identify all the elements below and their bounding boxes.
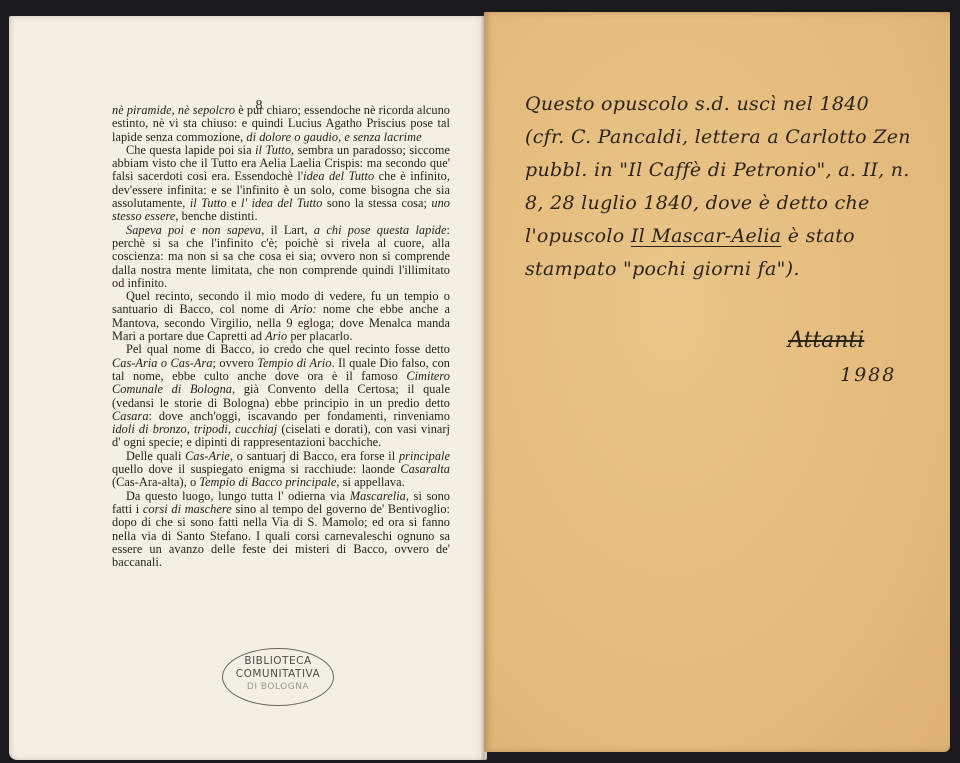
italic-text: l' idea del Tutto [241, 196, 322, 210]
paragraph: Pel qual nome di Bacco, io credo che que… [112, 343, 450, 449]
text: per placarlo. [287, 329, 352, 343]
text: , [187, 422, 194, 436]
italic-text: tripodi [194, 422, 228, 436]
text: e [227, 196, 241, 210]
note-line-2: (cfr. C. Pancaldi, lettera a Carlotto Ze… [525, 121, 935, 154]
signature: Attanti [788, 328, 864, 353]
stamp-line-2: COMUNITATIVA [223, 668, 333, 681]
italic-text: di dolore o gaudio [246, 130, 338, 144]
text: , o santuarj di Bacco, era forse il [230, 449, 399, 463]
note-line-5: l'opuscolo Il Mascar-Aelia è stato [525, 220, 935, 253]
paragraph: nè piramide, nè sepolcro è pur chiaro; e… [112, 104, 450, 144]
text: , benche distinti. [175, 209, 257, 223]
text: Pel qual nome di Bacco, io credo che que… [126, 342, 450, 356]
note-line-5-start: l'opuscolo [525, 225, 631, 247]
text: ; ovvero [213, 356, 258, 370]
underlined-title: Il Mascar-Aelia [631, 225, 782, 247]
paragraph: Quel recinto, secondo il mio modo di ved… [112, 290, 450, 343]
italic-text: Mascarelia [350, 489, 406, 503]
italic-text: e senza lacrime [344, 130, 421, 144]
italic-text: Casara [112, 409, 149, 423]
italic-text: il Tutto [190, 196, 227, 210]
italic-text: nè piramide [112, 103, 172, 117]
text: , il Lart, [261, 223, 314, 237]
text: Che questa lapide poi sia [126, 143, 255, 157]
text: Da questo luogo, lungo tutta l' odierna … [126, 489, 350, 503]
italic-text: Cas-Aria o Cas-Ara [112, 356, 213, 370]
italic-text: cucchiaj [235, 422, 277, 436]
printed-text-body: nè piramide, nè sepolcro è pur chiaro; e… [112, 104, 450, 569]
handwritten-note: Questo opuscolo s.d. uscì nel 1840 (cfr.… [525, 88, 935, 286]
paragraph: Da questo luogo, lungo tutta l' odierna … [112, 490, 450, 570]
note-line-4: 8, 28 luglio 1840, dove è detto che [525, 187, 935, 220]
paragraph: Delle quali Cas-Arie, o santuarj di Bacc… [112, 450, 450, 490]
note-line-5-tail: è stato [781, 225, 855, 247]
text: (Cas-Ara-alta), o [112, 475, 199, 489]
italic-text: corsi di maschere [143, 502, 232, 516]
italic-text: Tempio di Ario [257, 356, 331, 370]
italic-text: idoli di bronzo [112, 422, 187, 436]
stamp-line-1: BIBLIOTECA [223, 655, 333, 668]
italic-text: Sapeva poi e non sapeva [126, 223, 261, 237]
italic-text: Ario: [291, 302, 317, 316]
paragraph: Sapeva poi e non sapeva, il Lart, a chi … [112, 224, 450, 290]
signature-year: 1988 [840, 364, 896, 386]
italic-text: Tempio di Bacco principale [199, 475, 336, 489]
italic-text: nè sepolcro [178, 103, 235, 117]
text: : dove anch'oggi, iscavando per fondamen… [149, 409, 450, 423]
italic-text: idea del Tutto [303, 169, 374, 183]
note-line-3: pubbl. in "Il Caffè di Petronio", a. II,… [525, 154, 935, 187]
text: quello dove il suspiegato enigma si racc… [112, 462, 400, 476]
italic-text: il Tutto [255, 143, 291, 157]
italic-text: Casaralta [400, 462, 450, 476]
library-stamp: BIBLIOTECA COMUNITATIVA DI BOLOGNA [222, 648, 334, 706]
italic-text: a chi pose questa lapide [314, 223, 447, 237]
text: , si appellava. [336, 475, 404, 489]
paragraph: Che questa lapide poi sia il Tutto, semb… [112, 144, 450, 224]
note-line-1: Questo opuscolo s.d. uscì nel 1840 [525, 88, 935, 121]
text: sono la stessa cosa; [322, 196, 431, 210]
text: Delle quali [126, 449, 185, 463]
italic-text: Ario [265, 329, 287, 343]
stamp-line-3: DI BOLOGNA [223, 681, 333, 694]
italic-text: Cas-Arie [185, 449, 230, 463]
note-line-6: stampato "pochi giorni fa"). [525, 253, 935, 286]
italic-text: principale [399, 449, 450, 463]
